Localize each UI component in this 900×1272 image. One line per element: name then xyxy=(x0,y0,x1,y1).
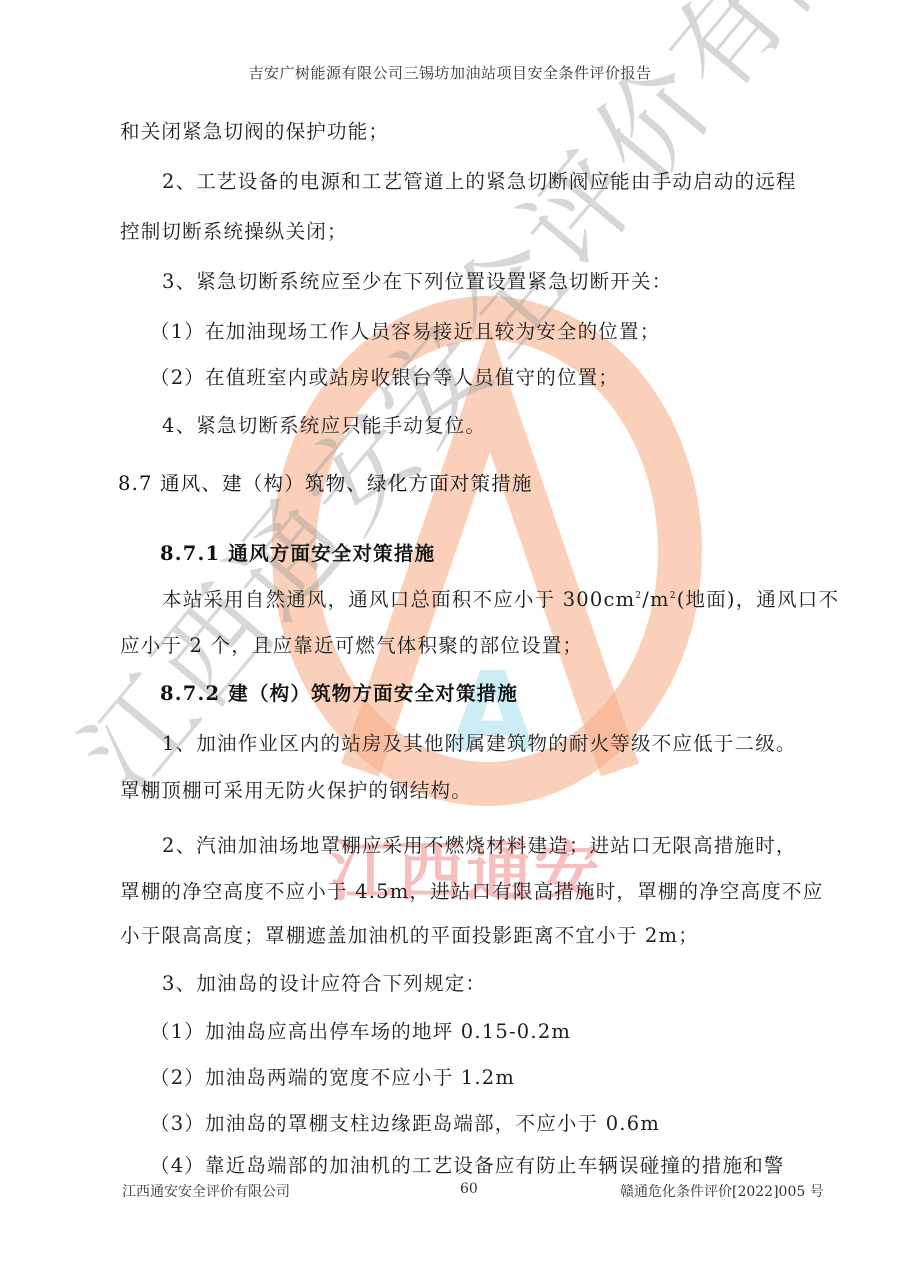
section-heading-8-7-1: 8.7.1 通风方面安全对策措施 xyxy=(160,538,435,566)
body-line: （2）在值班室内或站房收银台等人员值守的位置； xyxy=(150,362,619,390)
ventilation-line-1: 本站采用自然通风，通风口总面积不应小于 300cm2/m2(地面)，通风口不 xyxy=(162,584,839,612)
body-line: 罩棚顶棚可采用无防火保护的钢结构。 xyxy=(120,775,472,803)
body-line: （4）靠近岛端部的加油机的工艺设备应有防止车辆误碰撞的措施和警 xyxy=(150,1150,785,1178)
body-line: （2）加油岛两端的宽度不应小于 1.2m xyxy=(150,1062,515,1090)
document-page: A 江西通安 江西通安安全评价有限公司 吉安广树能源有限公司三锡坊加油站项目安全… xyxy=(0,0,900,1272)
section-heading-8-7-2: 8.7.2 建（构）筑物方面安全对策措施 xyxy=(160,678,518,706)
footer-company: 江西通安安全评价有限公司 xyxy=(122,1181,290,1201)
body-line: （1）在加油现场工作人员容易接近且较为安全的位置； xyxy=(150,316,660,344)
body-line: 小于限高高度；罩棚遮盖加油机的平面投影距离不宜小于 2m； xyxy=(120,920,699,948)
body-line: （1）加油岛应高出停车场的地坪 0.15-0.2m xyxy=(150,1016,571,1044)
body-line: 2、工艺设备的电源和工艺管道上的紧急切断阀应能由手动启动的远程 xyxy=(162,166,797,194)
body-line: 3、加油岛的设计应符合下列规定： xyxy=(162,968,486,996)
body-line: 罩棚的净空高度不应小于 4.5m，进站口有限高措施时，罩棚的净空高度不应 xyxy=(120,876,823,904)
body-line: 和关闭紧急切阀的保护功能； xyxy=(120,116,389,144)
ventilation-line-2: 应小于 2 个，且应靠近可燃气体积聚的部位设置； xyxy=(120,630,583,658)
body-line: 2、汽油加油场地罩棚应采用不燃烧材料建造；进站口无限高措施时， xyxy=(162,830,797,858)
footer-page-number: 60 xyxy=(460,1181,478,1197)
body-line: （3）加油岛的罩棚支柱边缘距岛端部，不应小于 0.6m xyxy=(150,1108,660,1136)
body-line: 控制切断系统操纵关闭； xyxy=(120,216,348,244)
footer-doc-number: 赣通危化条件评价[2022]005 号 xyxy=(620,1181,824,1201)
page-header: 吉安广树能源有限公司三锡坊加油站项目安全条件评价报告 xyxy=(0,62,900,83)
section-heading-8-7: 8.7 通风、建（构）筑物、绿化方面对策措施 xyxy=(118,468,533,496)
body-line: 1、加油作业区内的站房及其他附属建筑物的耐火等级不应低于二级。 xyxy=(162,728,797,756)
body-line: 4、紧急切断系统应只能手动复位。 xyxy=(162,410,486,438)
body-line: 3、紧急切断系统应至少在下列位置设置紧急切断开关： xyxy=(162,266,672,294)
